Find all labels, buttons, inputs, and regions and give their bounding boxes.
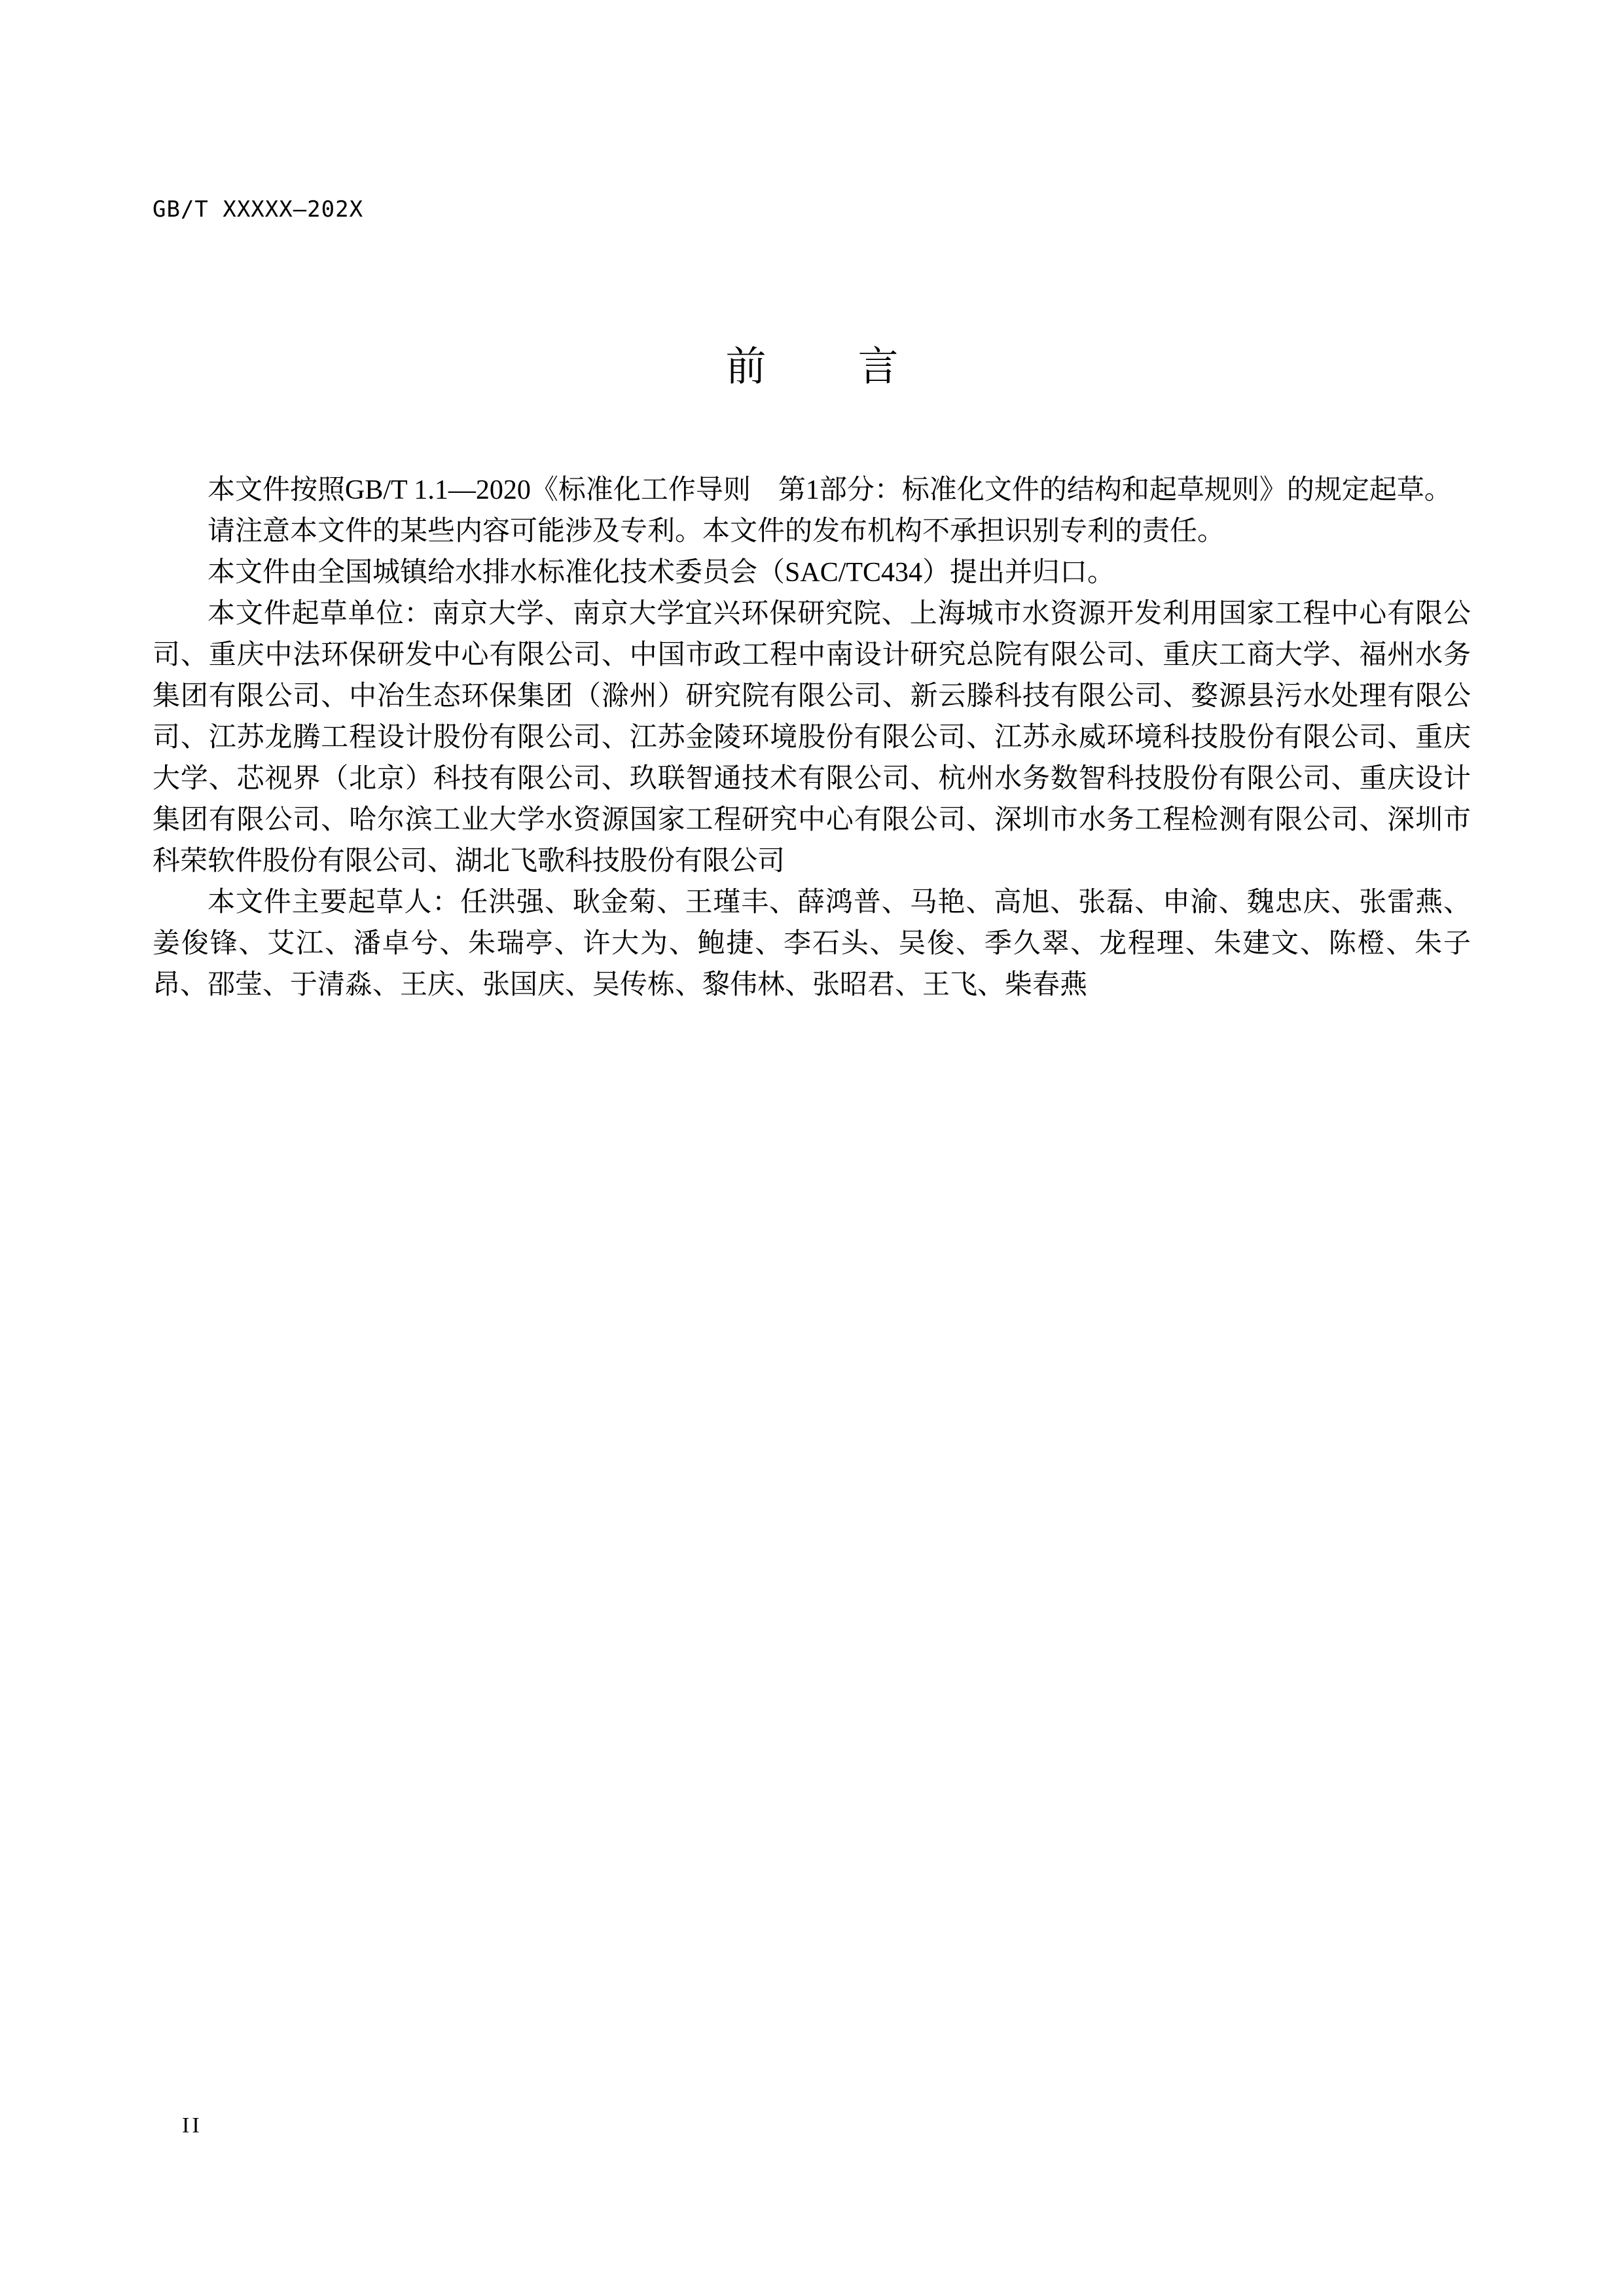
document-page: GB/T XXXXX—202X 前言 本文件按照GB/T 1.1—2020《标准… xyxy=(0,0,1624,2296)
paragraph-patent-notice: 请注意本文件的某些内容可能涉及专利。本文件的发布机构不承担识别专利的责任。 xyxy=(153,511,1471,552)
page-title: 前言 xyxy=(0,340,1624,393)
paragraph-drafting-units: 本文件起草单位：南京大学、南京大学宜兴环保研究院、上海城市水资源开发利用国家工程… xyxy=(153,594,1471,882)
title-char-1: 前 xyxy=(725,340,766,393)
paragraph-drafting-rules: 本文件按照GB/T 1.1—2020《标准化工作导则 第1部分：标准化文件的结构… xyxy=(153,470,1471,511)
page-number: II xyxy=(182,2113,202,2139)
paragraph-proposer: 本文件由全国城镇给水排水标准化技术委员会（SAC/TC434）提出并归口。 xyxy=(153,552,1471,594)
title-char-2: 言 xyxy=(858,340,899,393)
standard-code-header: GB/T XXXXX—202X xyxy=(153,196,363,223)
foreword-body: 本文件按照GB/T 1.1—2020《标准化工作导则 第1部分：标准化文件的结构… xyxy=(153,470,1471,1006)
paragraph-main-drafters: 本文件主要起草人：任洪强、耿金菊、王瑾丰、薛鸿普、马艳、高旭、张磊、申渝、魏忠庆… xyxy=(153,882,1471,1006)
